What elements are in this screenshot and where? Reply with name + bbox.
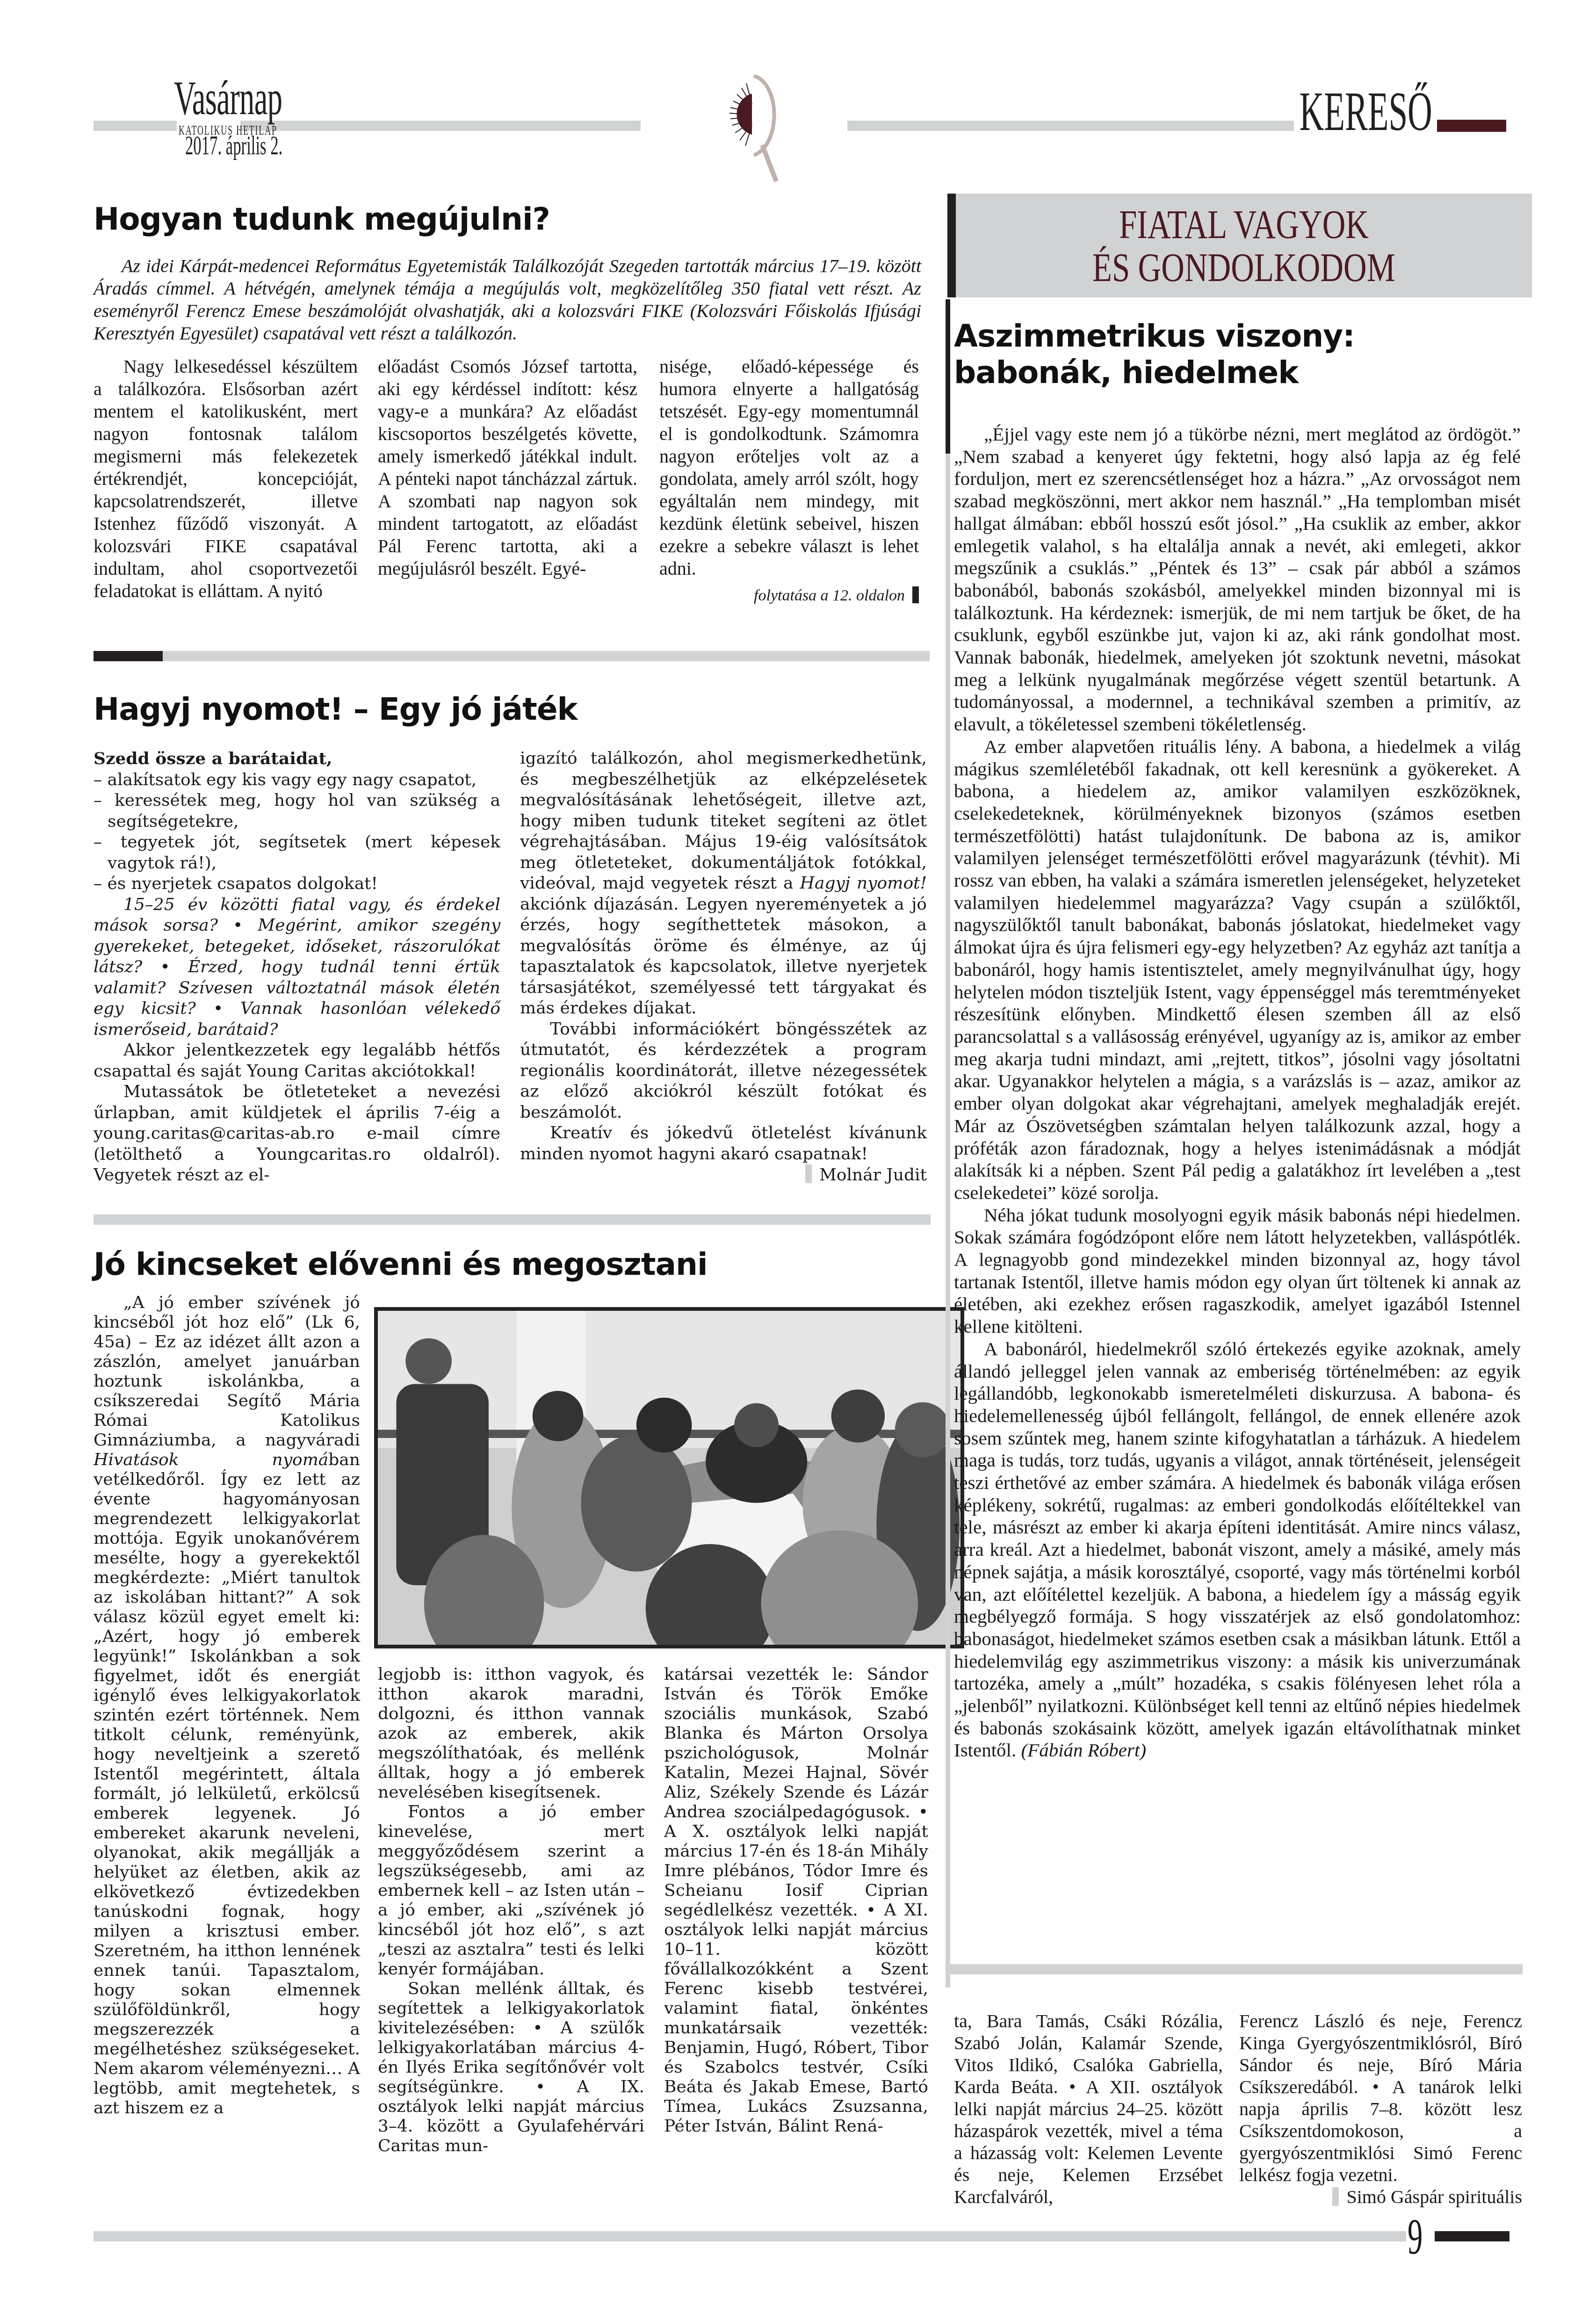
footer-rule <box>94 2231 1406 2241</box>
article-title: Hogyan tudunk megújulni? <box>94 201 550 237</box>
sidebar-rule-dark <box>946 299 950 454</box>
article-col-1: „A jó ember szívének jó kincséből jót ho… <box>94 1293 360 2118</box>
paragraph: ta, Bara Tamás, Csáki Rózália, Szabó Jol… <box>954 2010 1223 2208</box>
continued-link: folytatása a 12. oldalon <box>754 587 905 604</box>
byline: Simó Gáspár spirituális <box>1239 2186 1522 2208</box>
footer-accent-bar <box>1435 2231 1509 2241</box>
magnifier-sun-icon <box>729 75 790 182</box>
paragraph: nisége, előadó-képessége és humora elnye… <box>659 355 919 580</box>
paragraph: Akkor jelentkezzetek egy legalább hétfős… <box>94 1040 500 1082</box>
header-line-2: ÉS GONDOLKODOM <box>1013 246 1474 289</box>
text: akciónk díjazásán. Legyen nyereményetek … <box>520 895 927 1018</box>
paragraph: Sokan mellénk álltak, és segítettek a le… <box>378 1979 644 2156</box>
header-line-1: FIATAL VAGYOK <box>1013 203 1474 246</box>
paragraph: A babonáról, hiedelmekről szóló értekezé… <box>954 1338 1521 1762</box>
sidebar-bottom-rule <box>946 1964 1523 1974</box>
questions-text: 15–25 év közötti fiatal vagy, és érdekel… <box>94 895 500 1039</box>
publication-title: Vasárnap <box>174 74 282 123</box>
sidebar-rule-gray <box>946 299 950 1988</box>
paragraph: Ferencz László és neje, Ferencz Kinga Gy… <box>1239 2010 1522 2186</box>
paragraph: előadást Csomós József tartotta, aki egy… <box>378 355 637 580</box>
article-lead: Az idei Kárpát-medencei Református Egyet… <box>94 255 921 345</box>
end-mark <box>912 586 919 603</box>
paragraph: Néha jókat tudunk mosolyogni egyik másik… <box>954 1204 1521 1338</box>
event-name: Hivatások nyomá <box>94 1450 328 1469</box>
list-item: – és nyerjetek csapatos dolgokat! <box>94 874 500 895</box>
paragraph: Fontos a jó ember kinevelése, mert meggy… <box>378 1802 644 1979</box>
intro-bold: Szedd össze a barátaidat, <box>94 749 332 768</box>
paragraph: legjobb is: itthon vagyok, és itthon aka… <box>378 1665 644 1802</box>
paragraph: Kreatív és jókedvű ötletelést kívánunk m… <box>520 1123 927 1164</box>
paragraph: katársai vezették le: Sándor István és T… <box>664 1665 928 2136</box>
separator-gray <box>94 1214 931 1225</box>
byline-bar <box>1332 2187 1339 2206</box>
column-header-box: FIATAL VAGYOK ÉS GONDOLKODOM <box>947 194 1532 297</box>
article-col-1: Nagy lelkesedéssel készültem a találkozó… <box>94 355 358 602</box>
article-title: Jó kincseket elővenni és megosztani <box>94 1246 708 1282</box>
page-number: 9 <box>1408 2212 1423 2262</box>
separator-dark <box>94 651 163 661</box>
section-accent-bar <box>1437 120 1506 132</box>
article-col-2: igazító találkozón, ahol megismerkedhetü… <box>520 748 927 1186</box>
paragraph: igazító találkozón, ahol megismerkedhetü… <box>520 748 927 1019</box>
paragraph: Mutassátok be ötleteteket a nevezési űrl… <box>94 1082 500 1186</box>
paragraph: Az ember alapvetően rituális lény. A bab… <box>954 736 1521 1204</box>
italic-questions: 15–25 év közötti fiatal vagy, és érdekel… <box>94 895 500 1041</box>
byline-bar <box>805 1164 812 1183</box>
campaign-name: Hagyj nyomot! <box>800 874 927 893</box>
byline: Molnár Judit <box>520 1164 927 1186</box>
article-title: Hagyj nyomot! – Egy jó játék <box>94 691 577 727</box>
text: „A jó ember szívének jó kincséből jót ho… <box>94 1293 360 1450</box>
article-col-5: Ferencz László és neje, Ferencz Kinga Gy… <box>1239 2010 1522 2208</box>
issue-date: 2017. április 2. <box>185 131 282 161</box>
list-item: – keressétek meg, hogy hol van szükség a… <box>94 790 500 832</box>
section-name: KERESŐ <box>1299 84 1432 139</box>
text: igazító találkozón, ahol megismerkedhetü… <box>520 749 927 893</box>
retreat-photo <box>374 1307 964 1648</box>
title-line-1: Aszimmetrikus viszony: <box>954 318 1355 354</box>
title-line-2: babonák, hiedelmek <box>954 354 1355 391</box>
article-col-4: ta, Bara Tamás, Csáki Rózália, Szabó Jol… <box>954 2010 1223 2208</box>
continuation-note: folytatása a 12. oldalon <box>659 585 919 607</box>
author: Molnár Judit <box>819 1165 927 1185</box>
article-col-3: katársai vezették le: Sándor István és T… <box>664 1665 928 2136</box>
sidebar-article-title: Aszimmetrikus viszony: babonák, hiedelme… <box>954 318 1355 391</box>
paragraph: További információkért böngésszétek az ú… <box>520 1019 927 1123</box>
sidebar-body: „Éjjel vagy este nem jó a tükörbe nézni,… <box>954 423 1521 1762</box>
text: A babonáról, hiedelmekről szóló értekezé… <box>954 1338 1521 1761</box>
article-col-2: legjobb is: itthon vagyok, és itthon aka… <box>378 1665 644 2156</box>
list-item: – alakítsatok egy kis vagy egy nagy csap… <box>94 770 500 791</box>
paragraph: „A jó ember szívének jó kincséből jót ho… <box>94 1293 360 2118</box>
author: Simó Gáspár spirituális <box>1346 2186 1522 2207</box>
paragraph: „Éjjel vagy este nem jó a tükörbe nézni,… <box>954 423 1521 736</box>
article-col-1: Szedd össze a barátaidat, – alakítsatok … <box>94 748 500 1186</box>
photo-image <box>378 1311 960 1645</box>
paragraph: Nagy lelkesedéssel készültem a találkozó… <box>94 355 358 602</box>
text: ban vetélkedőről. Így ez lett az évente … <box>94 1450 360 2118</box>
separator-gray <box>163 651 930 661</box>
article-col-3: nisége, előadó-képessége és humora elnye… <box>659 355 919 607</box>
article-col-2: előadást Csomós József tartotta, aki egy… <box>378 355 637 580</box>
author: (Fábián Róbert) <box>1021 1739 1146 1761</box>
list-item: – tegyetek jót, segítsetek (mert képesek… <box>94 832 500 874</box>
masthead-rule-right <box>847 121 1294 131</box>
